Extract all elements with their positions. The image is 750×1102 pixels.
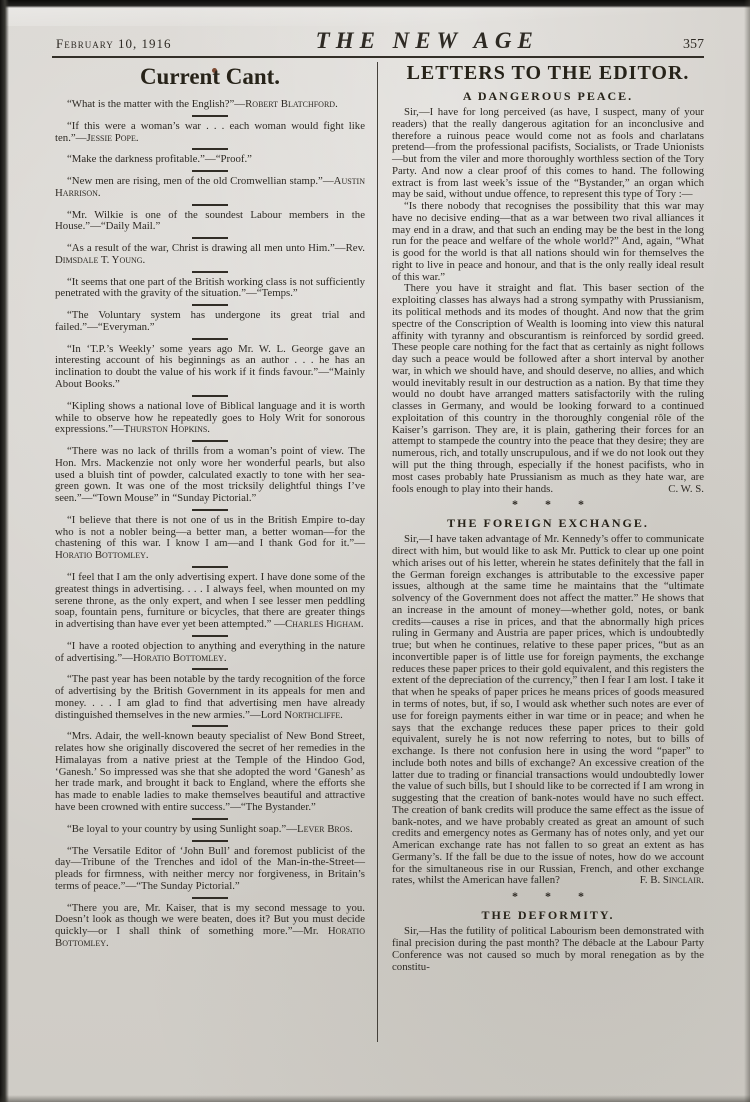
- quote-item: “In ‘T.P.’s Weekly’ some years ago Mr. W…: [55, 344, 365, 397]
- letter-paragraph: There you have it straight and flat. Thi…: [392, 283, 704, 495]
- quote-divider: [192, 668, 228, 670]
- quote-item: “There you are, Mr. Kaiser, that is my s…: [55, 903, 365, 950]
- section-separator: * * *: [392, 497, 704, 512]
- quote-attribution: Charles Higham.: [285, 618, 364, 630]
- quote-item: “I have a rooted objection to anything a…: [55, 641, 365, 671]
- quote-item: “The past year has been notable by the t…: [55, 674, 365, 727]
- quote-attribution: “Daily Mail.”: [101, 220, 160, 232]
- quote-item: “There was no lack of thrills from a wom…: [55, 446, 365, 511]
- letter-paragraph: Sir,—I have for long perceived (as have,…: [392, 107, 704, 201]
- letter-heading: THE FOREIGN EXCHANGE.: [392, 516, 704, 531]
- page-edge-top: [0, 0, 750, 8]
- page-edge-left: [0, 0, 9, 1102]
- quote-attribution: “Everyman.”: [98, 321, 155, 333]
- issue-date: February 10, 1916: [56, 36, 172, 52]
- letter-signature: C. W. S.: [648, 484, 704, 496]
- quote-attribution: “Temps.”: [257, 287, 298, 299]
- quote-attribution: Thurston Hopkins.: [124, 423, 210, 435]
- quote-attribution: “Proof.”: [216, 153, 252, 165]
- quote-item: “Mr. Wilkie is one of the soundest Labou…: [55, 210, 365, 240]
- quote-text: “In ‘T.P.’s Weekly’ some years ago Mr. W…: [55, 343, 365, 379]
- quote-item: “Kipling shows a national love of Biblic…: [55, 401, 365, 442]
- quote-attribution: Jessie Pope.: [86, 132, 138, 144]
- quote-divider: [192, 170, 228, 172]
- letter-heading: THE DEFORMITY.: [392, 908, 704, 923]
- quote-divider: [192, 509, 228, 511]
- quote-divider: [192, 725, 228, 727]
- current-cant-title: Current Cant.: [55, 64, 365, 90]
- quote-text: “What is the matter with the English?”—: [67, 98, 245, 110]
- page-edge-right: [744, 0, 750, 1102]
- quote-text: “I believe that there is not one of us i…: [55, 514, 365, 550]
- quote-item: “New men are rising, men of the old Crom…: [55, 176, 365, 206]
- quote-item: “Be loyal to your country by using Sunli…: [55, 824, 365, 842]
- magazine-page: February 10, 1916 THE NEW AGE 357 Curren…: [0, 0, 750, 1102]
- quote-divider: [192, 304, 228, 306]
- quote-item: “What is the matter with the English?”—R…: [55, 99, 365, 117]
- quote-text: “Mrs. Adair, the well-known beauty speci…: [55, 730, 365, 813]
- quote-attribution: “Town Mouse” in “Sunday Pictorial.”: [92, 492, 256, 504]
- quote-item: “The Voluntary system has undergone its …: [55, 310, 365, 340]
- letters-list: A DANGEROUS PEACE.Sir,—I have for long p…: [392, 89, 704, 973]
- letter-paragraph: Sir,—Has the futility of political Labou…: [392, 926, 704, 973]
- masthead-title: THE NEW AGE: [316, 28, 539, 54]
- quote-attribution: Lever Bros.: [297, 823, 353, 835]
- quote-text: “New men are rising, men of the old Crom…: [67, 175, 334, 187]
- quote-text: “It seems that one part of the British w…: [55, 276, 365, 300]
- page-number: 357: [683, 37, 704, 53]
- quote-attribution: Horatio Bottomley.: [133, 652, 227, 664]
- quote-item: “If this were a woman’s war . . . each w…: [55, 121, 365, 151]
- quote-item: “Mrs. Adair, the well-known beauty speci…: [55, 731, 365, 819]
- quote-item: “I believe that there is not one of us i…: [55, 515, 365, 568]
- quote-divider: [192, 115, 228, 117]
- page-header: February 10, 1916 THE NEW AGE 357: [56, 28, 704, 54]
- quotes-list: “What is the matter with the English?”—R…: [55, 99, 365, 950]
- quote-divider: [192, 840, 228, 842]
- letters-to-editor-title: LETTERS TO THE EDITOR.: [392, 62, 704, 85]
- quote-attribution: “The Bystander.”: [241, 801, 316, 813]
- quote-text: “Be loyal to your country by using Sunli…: [67, 823, 297, 835]
- quote-attribution: Horatio Bottomley.: [55, 549, 149, 561]
- quote-divider: [192, 440, 228, 442]
- quote-item: “As a result of the war, Christ is drawi…: [55, 243, 365, 273]
- quote-text: “As a result of the war, Christ is drawi…: [67, 242, 365, 254]
- quote-item: “Make the darkness profitable.”—“Proof.”: [55, 154, 365, 172]
- quote-divider: [192, 237, 228, 239]
- quote-attribution: Northcliffe.: [284, 709, 342, 721]
- quote-attribution: “The Sunday Pictorial.”: [136, 880, 239, 892]
- page-edge-bottom: [0, 1095, 750, 1102]
- quote-divider: [192, 897, 228, 899]
- quote-divider: [192, 271, 228, 273]
- letter-paragraph: “Is there nobody that recognises the pos…: [392, 201, 704, 283]
- quote-text: “There you are, Mr. Kaiser, that is my s…: [55, 902, 365, 938]
- quote-attribution: Dimsdale T. Young.: [55, 254, 145, 266]
- quote-item: “The Versatile Editor of ‘John Bull’ and…: [55, 846, 365, 899]
- quote-text: “Make the darkness profitable.”—: [67, 153, 216, 165]
- quote-divider: [192, 204, 228, 206]
- letter-signature: F. B. Sinclair.: [620, 875, 704, 887]
- quote-divider: [192, 338, 228, 340]
- quote-divider: [192, 635, 228, 637]
- quote-item: “It seems that one part of the British w…: [55, 277, 365, 307]
- quote-attribution: Robert Blatchford.: [245, 98, 338, 110]
- quote-divider: [192, 395, 228, 397]
- quote-divider: [192, 818, 228, 820]
- quote-divider: [192, 148, 228, 150]
- column-divider: [377, 62, 378, 1042]
- letter-paragraph: Sir,—I have taken advantage of Mr. Kenne…: [392, 534, 704, 887]
- left-column: Current Cant. “What is the matter with t…: [55, 64, 365, 950]
- section-separator: * * *: [392, 889, 704, 904]
- header-rule: [52, 56, 704, 58]
- quote-item: “I feel that I am the only advertising e…: [55, 572, 365, 637]
- quote-text: “Kipling shows a national love of Biblic…: [55, 400, 365, 436]
- letter-heading: A DANGEROUS PEACE.: [392, 89, 704, 104]
- quote-divider: [192, 566, 228, 568]
- right-column: LETTERS TO THE EDITOR. A DANGEROUS PEACE…: [392, 62, 704, 973]
